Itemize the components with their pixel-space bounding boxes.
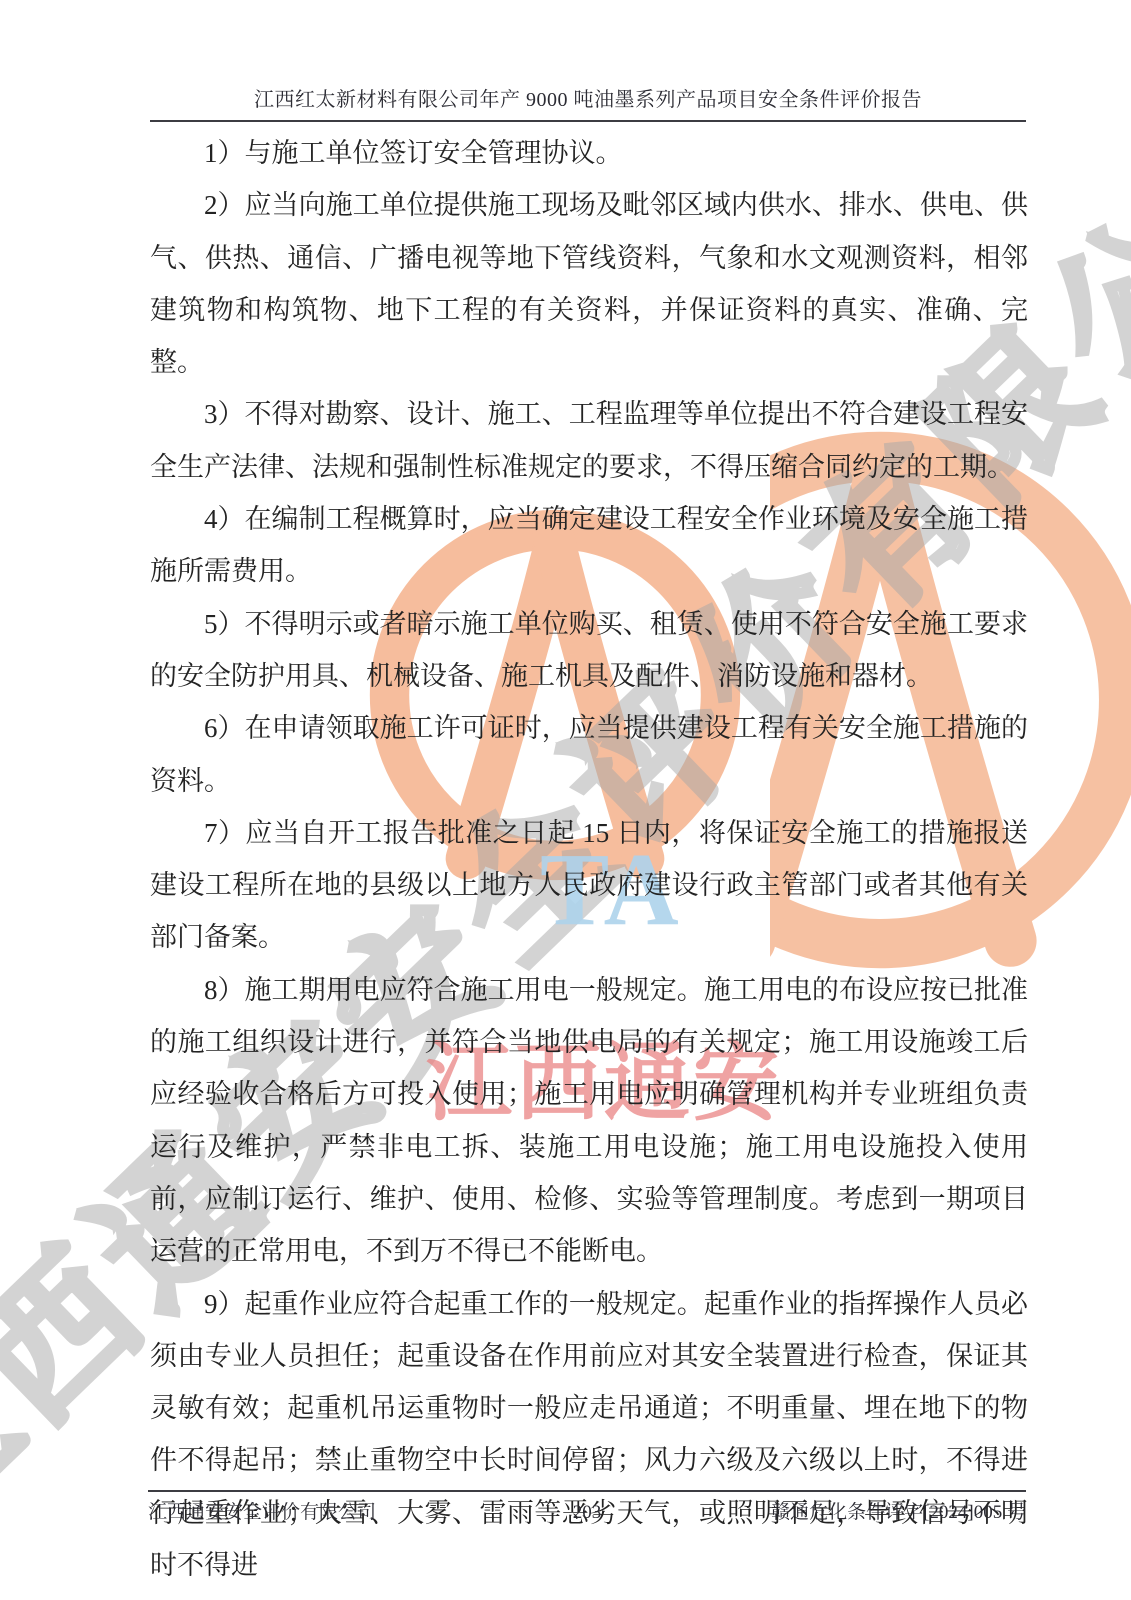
page-header: 江西红太新材料有限公司年产 9000 吨油墨系列产品项目安全条件评价报告	[150, 83, 1026, 122]
body-paragraph-6: 6）在申请领取施工许可证时，应当提供建设工程有关安全施工措施的资料。	[150, 702, 1028, 807]
report-body: 1）与施工单位签订安全管理协议。 2）应当向施工单位提供施工现场及毗邻区域内供水…	[150, 127, 1028, 1591]
body-paragraph-2: 2）应当向施工单位提供施工现场及毗邻区域内供水、排水、供电、供气、供热、通信、广…	[150, 179, 1028, 388]
body-paragraph-1: 1）与施工单位签订安全管理协议。	[150, 127, 1028, 179]
body-paragraph-4: 4）在编制工程概算时，应当确定建设工程安全作业环境及安全施工措施所需费用。	[150, 493, 1028, 598]
body-paragraph-3: 3）不得对勘察、设计、施工、工程监理等单位提出不符合建设工程安全生产法律、法规和…	[150, 388, 1028, 493]
body-paragraph-5: 5）不得明示或者暗示施工单位购买、租赁、使用不符合安全施工要求的安全防护用具、机…	[150, 598, 1028, 703]
body-paragraph-7: 7）应当自开工报告批准之日起 15 日内，将保证安全施工的措施报送建设工程所在地…	[150, 807, 1028, 964]
report-page: 江西通安安全评价有限公司 TA 江西通安 江西红太新材料有限公司年产 9000 …	[0, 0, 1131, 1600]
footer-doc-number: 赣通危化条件评字[2024]005 号	[771, 1497, 1026, 1524]
footer-company-name: 江西通安安全评价有限公司	[148, 1497, 376, 1524]
body-paragraph-9: 9）起重作业应符合起重工作的一般规定。起重作业的指挥操作人员必须由专业人员担任；…	[150, 1278, 1028, 1592]
body-paragraph-8: 8）施工期用电应符合施工用电一般规定。施工用电的布设应按已批准的施工组织设计进行…	[150, 964, 1028, 1278]
page-footer: 江西通安安全评价有限公司 203 赣通危化条件评字[2024]005 号	[148, 1490, 1026, 1524]
report-title: 江西红太新材料有限公司年产 9000 吨油墨系列产品项目安全条件评价报告	[254, 89, 922, 111]
footer-page-number: 203	[573, 1502, 602, 1524]
